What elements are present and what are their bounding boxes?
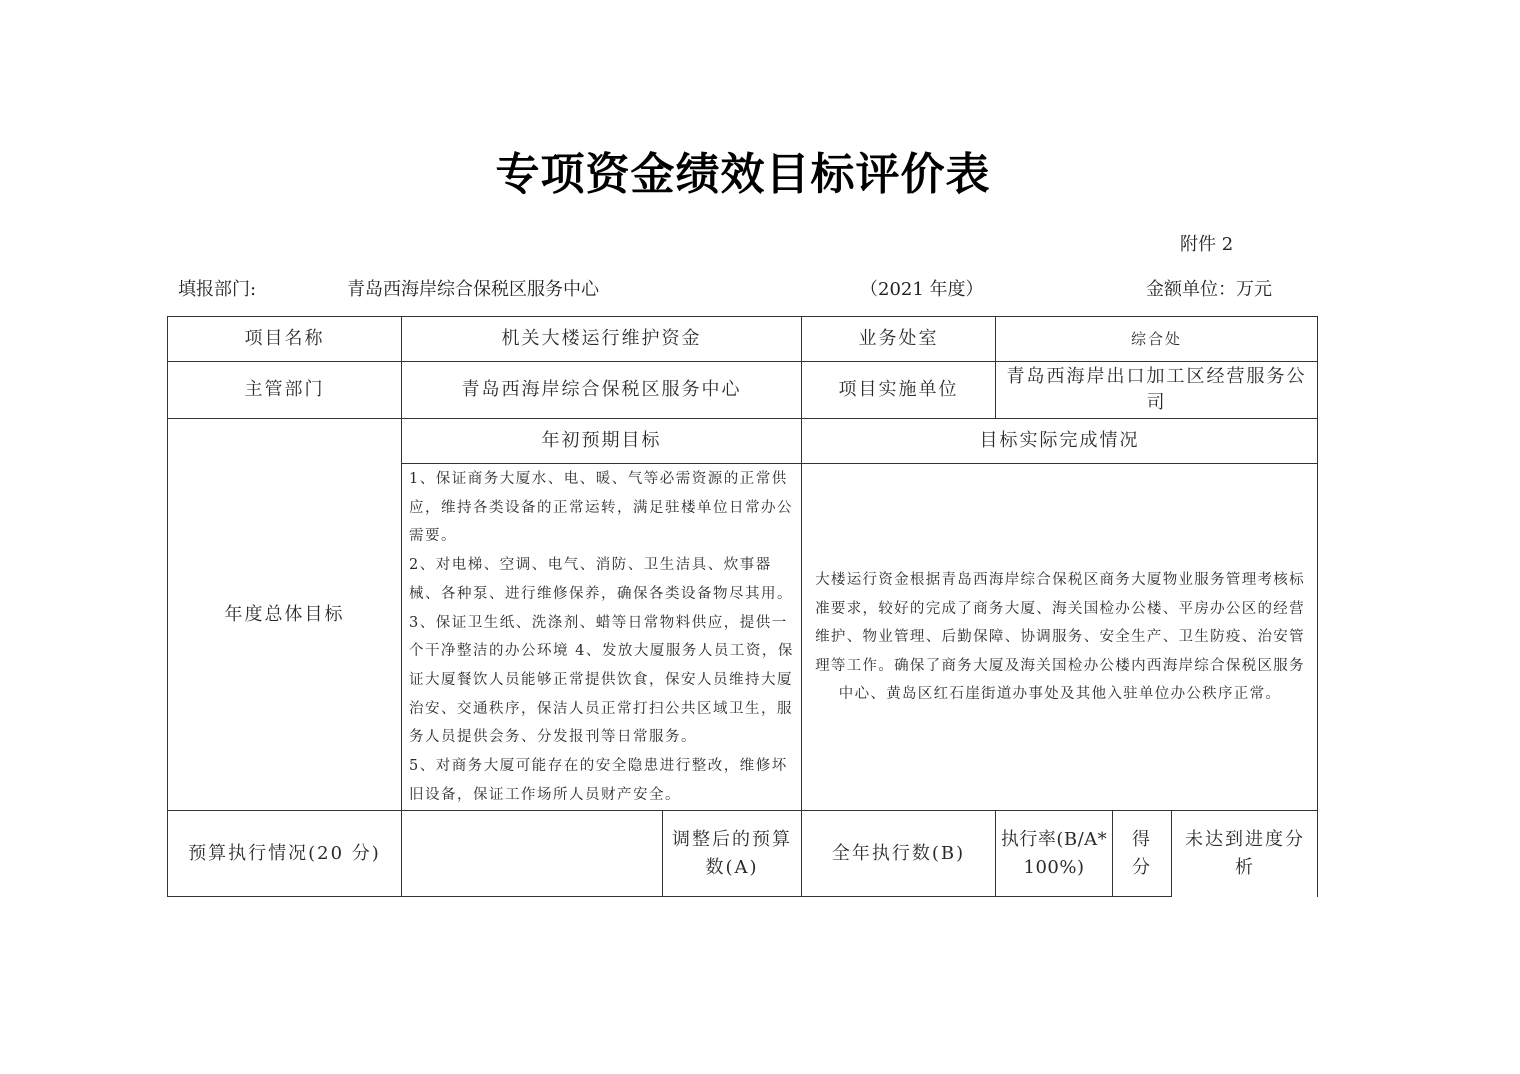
score-header: 得分 bbox=[1126, 811, 1158, 896]
reporting-dept-label: 填报部门: bbox=[178, 275, 256, 301]
budget-execution-blank bbox=[402, 811, 662, 896]
page-title: 专项资金绩效目标评价表 bbox=[0, 138, 1486, 202]
implementing-unit-label: 项目实施单位 bbox=[802, 362, 995, 418]
expected-goal-item: 2、对电梯、空调、电气、消防、卫生洁具、炊事器械、各种泵、进行维修保养，确保各类… bbox=[409, 551, 797, 608]
fiscal-year: （2021 年度） bbox=[860, 275, 984, 301]
annual-execution-header: 全年执行数(B) bbox=[802, 811, 995, 896]
business-office-label: 业务处室 bbox=[802, 317, 995, 361]
amount-unit: 金额单位：万元 bbox=[1146, 275, 1272, 301]
column-divider bbox=[1112, 810, 1113, 897]
project-name-label: 项目名称 bbox=[168, 317, 401, 361]
expected-goal-item: 5、对商务大厦可能存在的安全隐患进行整改，维修坏旧设备，保证工作场所人员财产安全… bbox=[409, 752, 797, 809]
project-name-value: 机关大楼运行维护资金 bbox=[402, 317, 801, 361]
expected-goal-list: 1、保证商务大厦水、电、暖、气等必需资源的正常供应，维持各类设备的正常运转，满足… bbox=[409, 465, 797, 809]
table-border-right bbox=[1317, 316, 1318, 897]
actual-completion-text: 大楼运行资金根据青岛西海岸综合保税区商务大厦物业服务管理考核标准要求，较好的完成… bbox=[810, 566, 1310, 709]
budget-execution-label: 预算执行情况(20 分) bbox=[168, 811, 401, 896]
table-border-bottom bbox=[167, 896, 1172, 897]
column-divider bbox=[662, 810, 663, 897]
expected-goal-item: 3、保证卫生纸、洗涤剂、蜡等日常物料供应，提供一个干净整洁的办公环境 4、发放大… bbox=[409, 609, 797, 753]
row-divider bbox=[401, 463, 1318, 464]
column-divider bbox=[1171, 810, 1172, 897]
actual-completion-header: 目标实际完成情况 bbox=[802, 419, 1317, 463]
expected-goal-header: 年初预期目标 bbox=[402, 419, 801, 463]
reporting-dept-value: 青岛西海岸综合保税区服务中心 bbox=[347, 275, 599, 301]
column-divider bbox=[995, 810, 996, 897]
supervising-dept-label: 主管部门 bbox=[168, 362, 401, 418]
attachment-label: 附件 2 bbox=[1180, 230, 1233, 256]
implementing-unit-value: 青岛西海岸出口加工区经营服务公司 bbox=[1000, 362, 1313, 418]
expected-goal-item: 1、保证商务大厦水、电、暖、气等必需资源的正常供应，维持各类设备的正常运转，满足… bbox=[409, 465, 797, 551]
business-office-value: 综合处 bbox=[996, 317, 1317, 361]
shortfall-analysis-header: 未达到进度分析 bbox=[1178, 811, 1312, 896]
annual-goal-label: 年度总体目标 bbox=[168, 419, 401, 810]
supervising-dept-value: 青岛西海岸综合保税区服务中心 bbox=[402, 362, 801, 418]
execution-rate-header: 执行率(B/A*100%) bbox=[997, 811, 1111, 896]
adjusted-budget-header: 调整后的预算数(A) bbox=[668, 811, 796, 896]
